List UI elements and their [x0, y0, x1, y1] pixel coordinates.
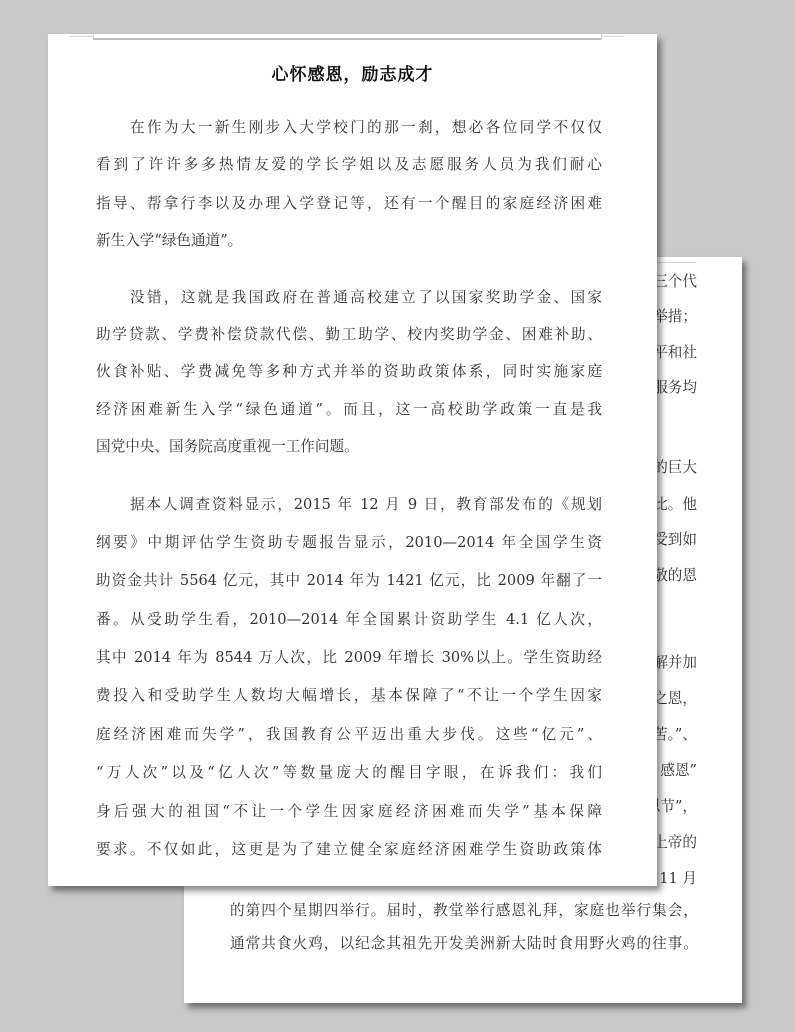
body-line: 的第四个星期四举行。届时，教堂举行感恩礼拜，家庭也举行集会， — [230, 901, 698, 921]
body-line: 庭经济困难而失学”，我国教育公平迈出重大步伐。这些“亿元”、 — [96, 725, 602, 745]
text-fragment: 比。他 — [653, 495, 697, 515]
text-fragment: 的巨大 — [653, 458, 697, 478]
body-line: 其中 2014 年为 8544 万人次，比 2009 年增长 30%以上。学生资… — [96, 648, 602, 668]
crop-mark — [652, 262, 696, 263]
text-fragment: 受到如 — [653, 530, 697, 550]
text-fragment: 举措； — [653, 307, 697, 327]
text-fragment: 服务均 — [653, 378, 697, 398]
text-fragment: 之恩， — [653, 689, 697, 709]
body-line: 番。从受助学生看，2010—2014 年全国累计资助学生 4.1 亿人次， — [96, 610, 602, 630]
text-fragment: 感恩” — [660, 761, 697, 781]
text-fragment: 平和社 — [653, 343, 697, 363]
front-page: 心怀感恩，励志成才 在作为大一新生刚步入大学校门的那一刹，想必各位同学不仅仅 看… — [48, 34, 657, 886]
text-fragment: 解并加 — [653, 653, 697, 673]
crop-mark — [70, 36, 93, 37]
body-line: 国党中央、国务院高度重视一工作问题。 — [96, 437, 602, 457]
text-fragment: 11 月 — [659, 869, 697, 889]
body-line: 看到了许许多多热情友爱的学长学姐以及志愿服务人员为我们耐心 — [96, 155, 602, 175]
crop-mark — [601, 36, 624, 37]
body-line: 没错，这就是我国政府在普通高校建立了以国家奖助学金、国家 — [130, 288, 602, 308]
body-line: 纲要》中期评估学生资助专题报告显示，2010—2014 年全国学生资 — [96, 533, 602, 553]
header-rule — [93, 38, 601, 40]
body-line: 通常共食火鸡，以纪念其祖先开发美洲新大陆时食用野火鸡的往事。 — [230, 934, 698, 954]
body-line: 经济困难新生入学“绿色通道”。而且，这一高校助学政策一直是我 — [96, 400, 602, 420]
document-title: 心怀感恩，励志成才 — [48, 60, 657, 85]
body-line: 费投入和受助学生人数均大幅增长，基本保障了“不让一个学生因家 — [96, 686, 602, 706]
text-fragment: 敬的恩 — [653, 566, 697, 586]
crop-mark — [601, 34, 602, 40]
body-line: 在作为大一新生刚步入大学校门的那一刹，想必各位同学不仅仅 — [130, 118, 602, 138]
body-line: 指导、帮拿行李以及办理入学登记等，还有一个醒目的家庭经济困难 — [96, 194, 602, 214]
body-line: 伙食补贴、学费减免等多种方式并举的资助政策体系，同时实施家庭 — [96, 362, 602, 382]
body-line: 助学贷款、学费补偿贷款代偿、勤工助学、校内奖助学金、困难补助、 — [96, 325, 602, 345]
text-fragment: 苦。”、 — [653, 725, 697, 745]
body-line: 助资金共计 5564 亿元，其中 2014 年为 1421 亿元，比 2009 … — [96, 571, 602, 591]
body-line: 要求。不仅如此，这更是为了建立健全家庭经济困难学生资助政策体 — [96, 840, 602, 860]
text-fragment: 三个代 — [653, 272, 697, 292]
body-line: 据本人调查资料显示，2015 年 12 月 9 日，教育部发布的《规划 — [130, 495, 602, 515]
body-line: 新生入学“绿色通道”。 — [96, 231, 602, 251]
body-line: 身后强大的祖国“不让一个学生因家庭经济困难而失学”基本保障 — [96, 802, 602, 822]
text-fragment: 上帝的 — [653, 833, 697, 853]
body-line: “万人次”以及“亿人次”等数量庞大的醒目字眼，在诉我们：我们 — [96, 763, 602, 783]
